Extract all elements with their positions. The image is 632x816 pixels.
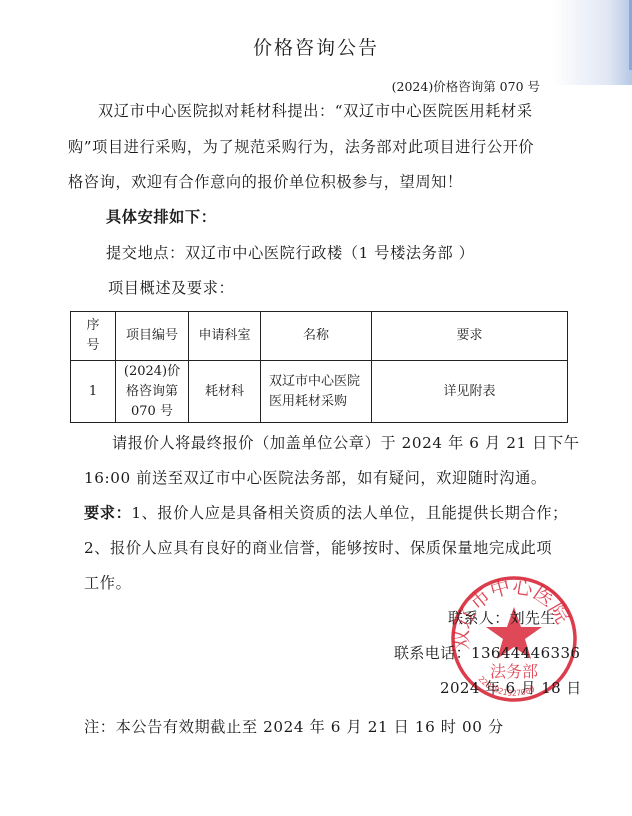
submit-location: 提交地点：双辽市中心医院行政楼（1 号楼法务部 ） (106, 242, 474, 263)
cell-index: 1 (71, 361, 116, 423)
header-department: 申请科室 (189, 312, 261, 361)
intro-line-2: 购”项目进行采购，为了规范采购行为，法务部对此项目进行公开价 (68, 136, 534, 157)
header-project-no: 项目编号 (116, 312, 189, 361)
deadline-line-1: 请报价人将最终报价（加盖单位公章）于 2024 年 6 月 21 日下午 (112, 432, 580, 453)
header-requirement: 要求 (372, 312, 568, 361)
deadline-line-2: 16:00 前送至双辽市中心医院法务部，如有疑问，欢迎随时沟通。 (84, 467, 547, 488)
overview-heading: 项目概述及要求： (108, 277, 234, 298)
requirements-line-3: 工作。 (84, 572, 131, 593)
project-table: 序 号 项目编号 申请科室 名称 要求 1 (2024)价 格咨询第 070 号… (70, 311, 568, 423)
table-row: 1 (2024)价 格咨询第 070 号 耗材科 双辽市中心医院 医用耗材采购 … (71, 361, 568, 423)
cell-project-no: (2024)价 格咨询第 070 号 (116, 361, 189, 423)
requirements-line-1: 要求：1、报价人应是具备相关资质的法人单位，且能提供长期合作； (84, 502, 568, 523)
validity-note: 注：本公告有效期截止至 2024 年 6 月 21 日 16 时 00 分 (84, 716, 504, 737)
requirements-label: 要求： (84, 504, 131, 522)
arrangement-heading: 具体安排如下： (106, 206, 217, 227)
header-name: 名称 (261, 312, 372, 361)
cell-name: 双辽市中心医院 医用耗材采购 (261, 361, 372, 423)
document-number: (2024)价格咨询第 070 号 (392, 77, 540, 95)
requirements-line-2: 2、报价人应具有良好的商业信誉，能够按时、保质保量地完成此项 (84, 537, 552, 558)
table-header-row: 序 号 项目编号 申请科室 名称 要求 (71, 312, 568, 361)
contact-phone: 联系电话：13644446336 (394, 642, 580, 663)
cell-department: 耗材科 (189, 361, 261, 423)
contact-person: 联系人：刘先生 (448, 607, 556, 628)
sign-date: 2024 年 6 月 18 日 (440, 677, 582, 698)
intro-line-3: 格咨询，欢迎有合作意向的报价单位积极参与，望周知！ (68, 171, 463, 192)
cell-requirement: 详见附表 (372, 361, 568, 423)
page-title: 价格咨询公告 (0, 33, 632, 60)
intro-line-1: 双辽市中心医院拟对耗材科提出：“双辽市中心医院医用耗材采 (98, 100, 533, 121)
header-index: 序 号 (71, 312, 116, 361)
